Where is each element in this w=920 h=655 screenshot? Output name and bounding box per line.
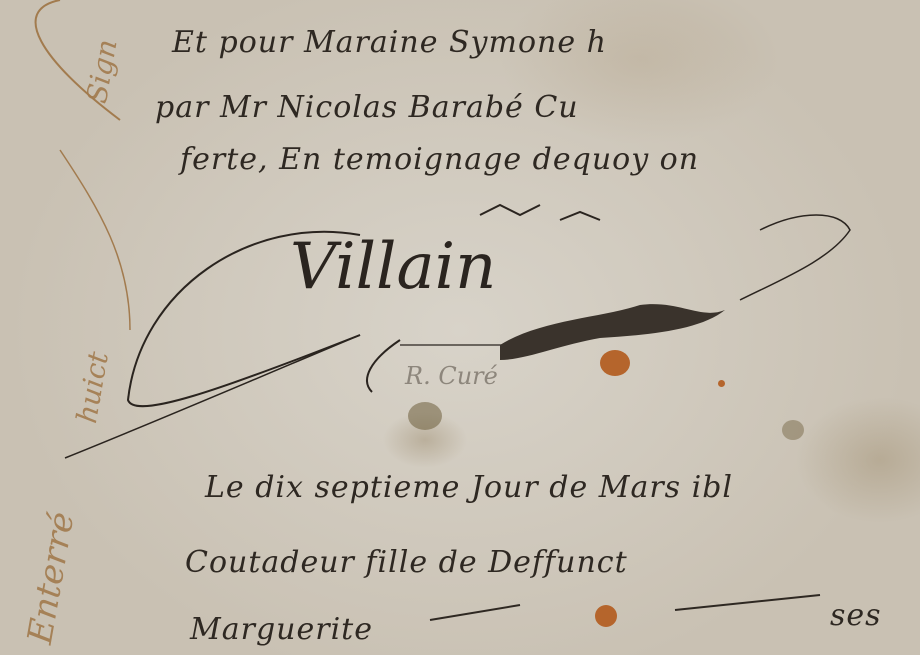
signature: Villain — [290, 230, 496, 304]
text-line: Marguerite — [190, 612, 373, 647]
text-line: Et pour Maraine Symone h — [172, 25, 607, 60]
water-stain — [408, 402, 442, 430]
text-line: par Mr Nicolas Barabé Cu — [155, 90, 579, 125]
water-stain — [782, 420, 804, 440]
text-line: ses — [830, 598, 882, 633]
text-line: Coutadeur fille de Deffunct — [185, 545, 628, 580]
signature-subscript: R. Curé — [405, 362, 498, 390]
document-photo: Enterré Sign huict Et pour Maraine Symon… — [0, 0, 920, 655]
text-line: ferte, En temoignage dequoy on — [180, 142, 699, 177]
rust-stain — [718, 380, 725, 387]
rust-stain — [595, 605, 617, 627]
text-line: Le dix septieme Jour de Mars ibl — [205, 470, 733, 505]
rust-stain — [600, 350, 630, 376]
